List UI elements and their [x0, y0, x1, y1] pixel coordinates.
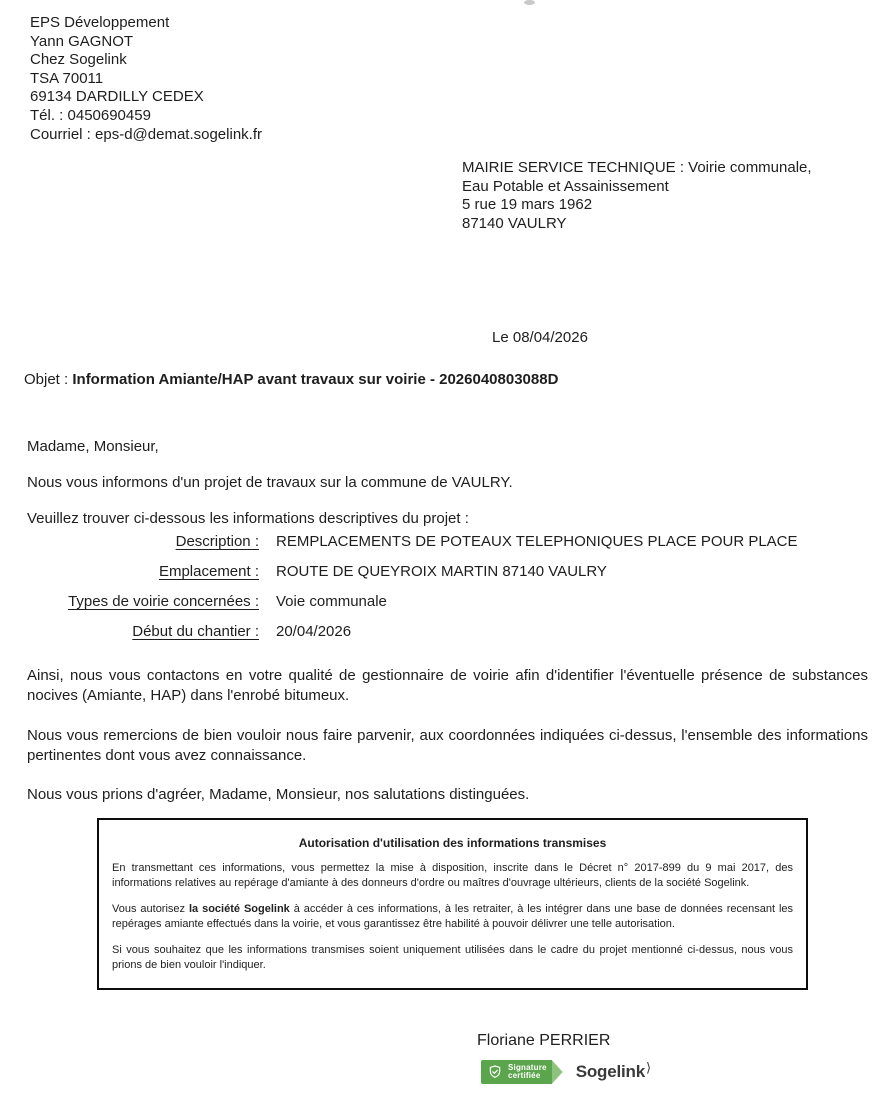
salutation: Madame, Monsieur,	[27, 438, 159, 455]
paragraph-request: Nous vous remercions de bien vouloir nou…	[27, 726, 868, 766]
shield-check-icon	[487, 1064, 503, 1080]
sender-po-box: TSA 70011	[30, 70, 262, 89]
sender-email: Courriel : eps-d@demat.sogelink.fr	[30, 126, 262, 145]
scanned-letter-page: EPS Développement Yann GAGNOT Chez Sogel…	[0, 0, 895, 1100]
intro-sentence: Nous vous informons d'un projet de trava…	[27, 474, 513, 491]
field-value-debut-chantier: 20/04/2026	[276, 623, 351, 640]
field-row-description: Description :REMPLACEMENTS DE POTEAUX TE…	[27, 533, 868, 563]
badge-label: Signature certifiée	[508, 1064, 547, 1081]
authorization-paragraph-3: Si vous souhaitez que les informations t…	[112, 943, 793, 973]
sogelink-logo: Sogelink⟩	[576, 1062, 651, 1082]
sender-contact-name: Yann GAGNOT	[30, 33, 262, 52]
authorization-p2-pre: Vous autorisez	[112, 903, 189, 915]
authorization-box-title: Autorisation d'utilisation des informati…	[112, 836, 793, 850]
paragraph-contact-reason: Ainsi, nous vous contactons en votre qua…	[27, 666, 868, 706]
project-details: Description :REMPLACEMENTS DE POTEAUX TE…	[27, 533, 868, 653]
field-label-types-voirie: Types de voirie concernées :	[27, 593, 259, 610]
letter-date: Le 08/04/2026	[492, 329, 588, 346]
subject-line: Objet : Information Amiante/HAP avant tr…	[24, 371, 558, 388]
sender-phone: Tél. : 0450690459	[30, 107, 262, 126]
recipient-street: 5 rue 19 mars 1962	[462, 196, 812, 215]
signatory-name: Floriane PERRIER	[477, 1032, 610, 1050]
field-row-types-voirie: Types de voirie concernées :Voie communa…	[27, 593, 868, 623]
sender-address-block: EPS Développement Yann GAGNOT Chez Sogel…	[30, 14, 262, 144]
certified-signature-badge: Signature certifiée	[481, 1060, 552, 1084]
subject-label: Objet :	[24, 371, 72, 388]
field-value-types-voirie: Voie communale	[276, 593, 387, 610]
field-label-emplacement: Emplacement :	[27, 563, 259, 580]
field-row-debut-chantier: Début du chantier :20/04/2026	[27, 623, 868, 653]
details-intro-sentence: Veuillez trouver ci-dessous les informat…	[27, 510, 469, 527]
paragraph-closing: Nous vous prions d'agréer, Madame, Monsi…	[27, 785, 868, 805]
authorization-box: Autorisation d'utilisation des informati…	[97, 818, 808, 990]
sogelink-logo-chevron: ⟩	[646, 1060, 651, 1076]
authorization-paragraph-1: En transmettant ces informations, vous p…	[112, 861, 793, 891]
recipient-service: MAIRIE SERVICE TECHNIQUE : Voirie commun…	[462, 159, 812, 178]
sender-company: EPS Développement	[30, 14, 262, 33]
signature-certification-row: Signature certifiée Sogelink⟩	[481, 1060, 651, 1084]
field-row-emplacement: Emplacement :ROUTE DE QUEYROIX MARTIN 87…	[27, 563, 868, 593]
subject-value: Information Amiante/HAP avant travaux su…	[72, 371, 558, 388]
recipient-service-2: Eau Potable et Assainissement	[462, 178, 812, 197]
recipient-city: 87140 VAULRY	[462, 215, 812, 234]
field-value-emplacement: ROUTE DE QUEYROIX MARTIN 87140 VAULRY	[276, 563, 607, 580]
sender-care-of: Chez Sogelink	[30, 51, 262, 70]
field-value-description: REMPLACEMENTS DE POTEAUX TELEPHONIQUES P…	[276, 533, 798, 550]
field-label-description: Description :	[27, 533, 259, 550]
field-label-debut-chantier: Début du chantier :	[27, 623, 259, 640]
recipient-address-block: MAIRIE SERVICE TECHNIQUE : Voirie commun…	[462, 159, 812, 233]
sogelink-logo-text: Sogelink	[576, 1062, 645, 1081]
badge-arrow-tip	[552, 1060, 563, 1084]
authorization-p2-bold: la société Sogelink	[189, 903, 290, 915]
scan-speck	[524, 0, 535, 5]
authorization-paragraph-2: Vous autorisez la société Sogelink à acc…	[112, 902, 793, 932]
badge-label-line2: certifiée	[508, 1072, 547, 1081]
sender-city: 69134 DARDILLY CEDEX	[30, 88, 262, 107]
